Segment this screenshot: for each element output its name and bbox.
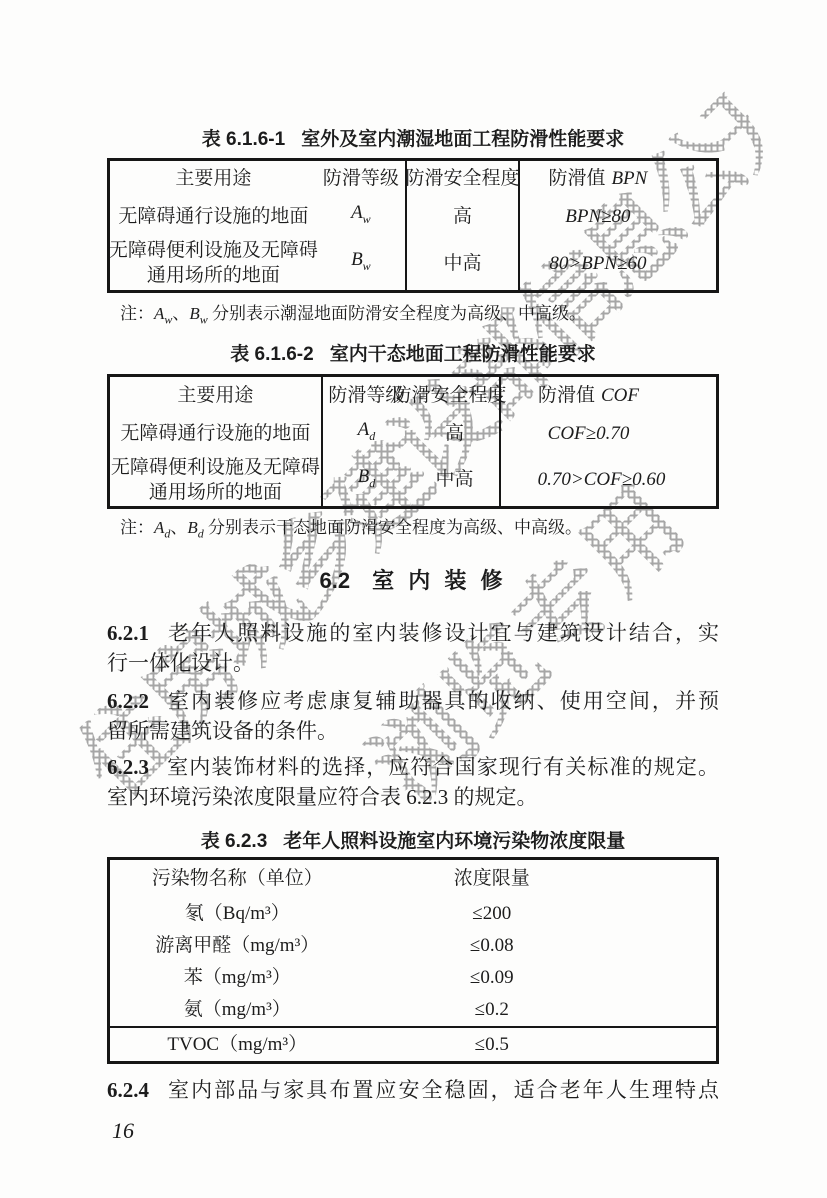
clause-text: 室内环境污染浓度限量应符合表 6.2.3 的规定。 <box>107 785 538 809</box>
table3-r2-limit: ≤0.08 <box>365 929 620 961</box>
table-row: 氨（mg/m³） ≤0.2 <box>110 993 716 1026</box>
table-row: 无障碍通行设施的地面 Ad 高 COF≥0.70 <box>110 413 716 453</box>
table1-title-label: 表 6.1.6-1 <box>202 129 285 150</box>
table-dry-floor-slip: 主要用途 防滑等级 防滑安全程度 防滑值COF 无障碍通行设施的地面 Ad 高 … <box>107 374 719 509</box>
table3-title-text: 老年人照料设施室内环境污染物浓度限量 <box>283 831 625 852</box>
page-number: 16 <box>112 1118 134 1144</box>
document-page: { "watermark": { "line1": "住房城乡建设部信息公开",… <box>0 0 827 1198</box>
table3-r3-limit: ≤0.09 <box>365 961 620 993</box>
clause-number: 6.2.2 <box>107 689 149 713</box>
table3-header-name: 污染物名称（单位） <box>110 860 365 897</box>
table-row: 氡（Bq/m³） ≤200 <box>110 897 716 929</box>
section-number: 6.2 <box>320 568 351 593</box>
clause-text: 室内装修应考虑康复辅助器具的收纳、使用空间，并预 <box>166 689 719 713</box>
table3-r1-limit: ≤200 <box>365 897 620 929</box>
table1-title: 表 6.1.6-1室外及室内潮湿地面工程防滑性能要求 <box>107 128 719 151</box>
table2-r2-value: 0.70>COF≥0.60 <box>499 453 716 506</box>
table3-tvoc-row: TVOC（mg/m³） ≤0.5 <box>110 1026 716 1061</box>
table3-r1-name: 氡（Bq/m³） <box>110 897 365 929</box>
paragraph-6-2-4: 6.2.4室内部品与家具布置应安全稳固，适合老年人生理特点 <box>107 1075 719 1105</box>
table3-r4-limit: ≤0.2 <box>365 993 620 1026</box>
paragraph-6-2-1: 6.2.1老年人照料设施的室内装修设计宜与建筑设计结合，实 行一体化设计。 <box>107 618 719 678</box>
table1-r1-value: BPN≥80 <box>518 196 716 236</box>
table-row: 无障碍便利设施及无障碍 通用场所的地面 Bw 中高 80>BPN≥60 <box>110 236 716 290</box>
clause-number: 6.2.1 <box>107 621 149 645</box>
table2-r1-safety: 高 <box>410 413 499 453</box>
table-row: 游离甲醛（mg/m³） ≤0.08 <box>110 929 716 961</box>
table-row: 苯（mg/m³） ≤0.09 <box>110 961 716 993</box>
table2-r1-value: COF≥0.70 <box>499 413 716 453</box>
table-pollutant-limits: 污染物名称（单位） 浓度限量 氡（Bq/m³） ≤200 游离甲醛（mg/m³）… <box>107 857 719 1064</box>
table2-title-label: 表 6.1.6-2 <box>230 344 313 365</box>
table1-note: 注：Aw、Bw 分别表示潮湿地面防滑安全程度为高级、中高级。 <box>120 302 720 331</box>
table3-header-filler <box>619 860 716 897</box>
table2-header-value: 防滑值COF <box>499 377 716 413</box>
table-row: 无障碍便利设施及无障碍 通用场所的地面 Bd 中高 0.70>COF≥0.60 <box>110 453 716 506</box>
table1-r2-value: 80>BPN≥60 <box>518 236 716 290</box>
table2-header-row: 主要用途 防滑等级 防滑安全程度 防滑值COF <box>110 377 716 413</box>
table1-header-grade: 防滑等级 <box>317 161 405 196</box>
table1-r1-use: 无障碍通行设施的地面 <box>110 196 317 236</box>
table1-r1-grade: Aw <box>317 196 405 236</box>
table1-header-safety: 防滑安全程度 <box>405 161 518 196</box>
table2-r2-safety: 中高 <box>410 453 499 506</box>
clause-text: 留所需建筑设备的条件。 <box>107 719 338 743</box>
table1-header-use: 主要用途 <box>110 161 317 196</box>
clause-text: 老年人照料设施的室内装修设计宜与建筑设计结合，实 <box>166 621 719 645</box>
section-heading: 6.2室 内 装 修 <box>107 568 719 594</box>
table2-header-use: 主要用途 <box>110 377 321 413</box>
clause-text: 室内部品与家具布置应安全稳固，适合老年人生理特点 <box>166 1078 719 1102</box>
table1-r2-grade: Bw <box>317 236 405 290</box>
table3-header-limit: 浓度限量 <box>365 860 620 897</box>
table1-r2-use: 无障碍便利设施及无障碍 通用场所的地面 <box>110 236 317 290</box>
paragraph-6-2-2: 6.2.2室内装修应考虑康复辅助器具的收纳、使用空间，并预 留所需建筑设备的条件… <box>107 686 719 746</box>
table2-note: 注：Ad、Bd 分别表示干态地面防滑安全程度为高级、中高级。 <box>120 516 720 545</box>
table3-r3-name: 苯（mg/m³） <box>110 961 365 993</box>
table-wet-floor-slip: 主要用途 防滑等级 防滑安全程度 防滑值BPN 无障碍通行设施的地面 Aw 高 … <box>107 158 719 293</box>
table1-header-value: 防滑值BPN <box>518 161 716 196</box>
table3-title: 表 6.2.3老年人照料设施室内环境污染物浓度限量 <box>107 830 719 853</box>
table1-r1-safety: 高 <box>405 196 518 236</box>
table3-tvoc-name: TVOC（mg/m³） <box>110 1028 365 1061</box>
table2-r1-grade: Ad <box>321 413 410 453</box>
table3-r4-name: 氨（mg/m³） <box>110 993 365 1026</box>
table1-header-row: 主要用途 防滑等级 防滑安全程度 防滑值BPN <box>110 161 716 196</box>
table2-header-safety: 防滑安全程度 <box>410 377 499 413</box>
table2-r2-use: 无障碍便利设施及无障碍 通用场所的地面 <box>110 453 321 506</box>
table1-r2-safety: 中高 <box>405 236 518 290</box>
table3-r2-name: 游离甲醛（mg/m³） <box>110 929 365 961</box>
clause-number: 6.2.3 <box>107 755 149 779</box>
table2-title: 表 6.1.6-2室内干态地面工程防滑性能要求 <box>107 343 719 366</box>
table2-title-text: 室内干态地面工程防滑性能要求 <box>330 344 596 365</box>
clause-text: 室内装饰材料的选择，应符合国家现行有关标准的规定。 <box>166 755 719 779</box>
clause-number: 6.2.4 <box>107 1078 149 1102</box>
clause-text: 行一体化设计。 <box>107 651 254 675</box>
section-title: 室 内 装 修 <box>372 568 506 593</box>
table-row: 无障碍通行设施的地面 Aw 高 BPN≥80 <box>110 196 716 236</box>
table3-header-row: 污染物名称（单位） 浓度限量 <box>110 860 716 897</box>
table3-title-label: 表 6.2.3 <box>201 831 268 852</box>
table2-r2-grade: Bd <box>321 453 410 506</box>
table3-tvoc-limit: ≤0.5 <box>365 1028 620 1061</box>
table2-r1-use: 无障碍通行设施的地面 <box>110 413 321 453</box>
paragraph-6-2-3: 6.2.3室内装饰材料的选择，应符合国家现行有关标准的规定。 室内环境污染浓度限… <box>107 752 719 812</box>
table1-title-text: 室外及室内潮湿地面工程防滑性能要求 <box>301 129 624 150</box>
